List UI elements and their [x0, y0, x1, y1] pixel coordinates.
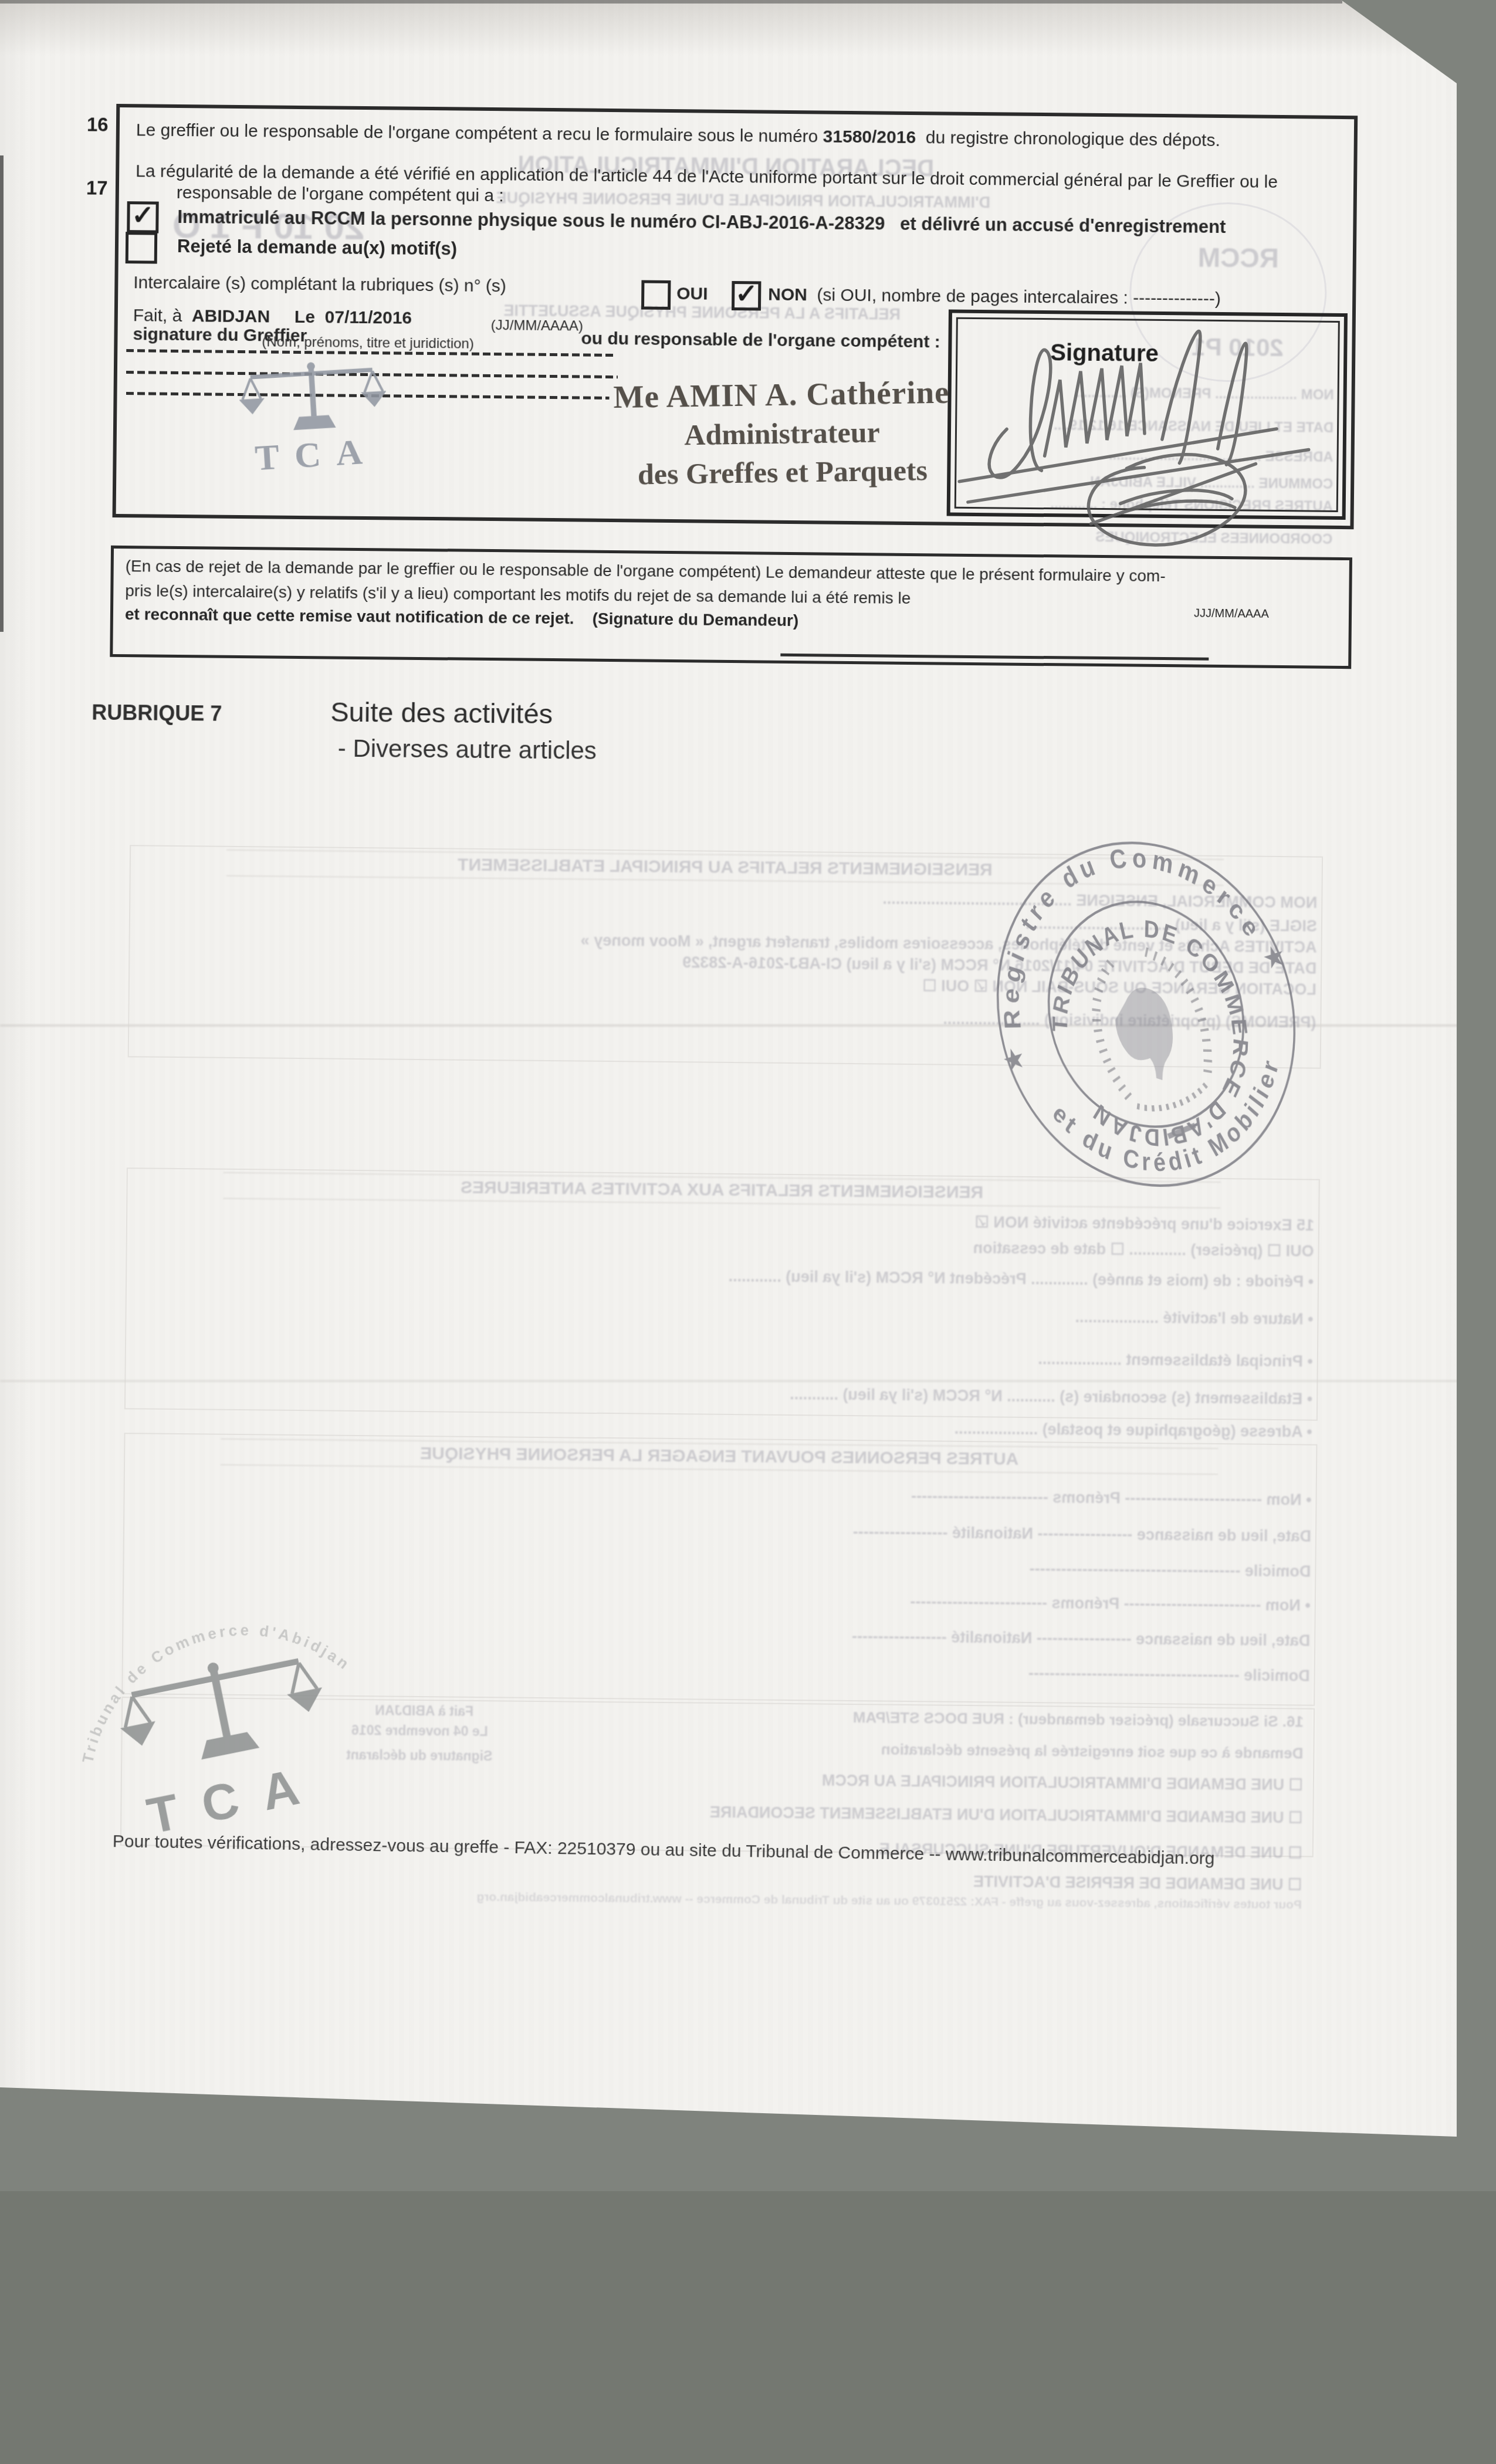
deposit-number: 31580/2016 [823, 127, 916, 147]
fait-label: Fait, à [133, 306, 182, 326]
reject-signature-line [780, 654, 1209, 661]
greffier-name: Me AMIN A. Cathérine [605, 373, 958, 415]
check-icon: ✓ [131, 201, 154, 228]
greffier-title2: des Greffes et Parquets [607, 452, 959, 492]
tca-stamp-small: TCA [222, 353, 405, 481]
immatricule-after: et délivré un accusé d'enregistrement [900, 214, 1226, 237]
round-stamp-outer-bottom-text: et du Crédit Mobilier [1044, 1033, 1307, 1209]
organe-competent-label: ou du responsable de l'organe compétent … [581, 329, 940, 353]
choice-rejete-label: Rejeté la demande au(x) motif(s) [177, 236, 457, 260]
item-17-number: 17 [86, 177, 108, 199]
non-suffix: (si OUI, nombre de pages intercalaires :… [817, 285, 1221, 309]
item-16-after: du registre chronologique des dépots. [926, 128, 1220, 150]
star-icon: ★ [1258, 938, 1289, 976]
reject-line1: (En cas de rejet de la demande par le gr… [126, 557, 1299, 587]
item-16-text: Le greffier ou le responsable de l'organ… [136, 120, 1339, 152]
item-16-number: 16 [87, 113, 109, 136]
checkbox-rejete[interactable] [126, 232, 158, 264]
rejection-notice-box: (En cas de rejet de la demande par le gr… [110, 546, 1352, 669]
check-icon: ✓ [735, 280, 758, 307]
tribunal-round-stamp: Registre du Commerce et du Crédit Mobili… [927, 801, 1377, 1251]
rubrique7-title: Suite des activités [330, 695, 553, 730]
intercalaire-label: Intercalaire (s) complétant la rubriques… [133, 273, 506, 296]
immatricule-before: Immatriculé au RCCM la personne physique… [177, 207, 697, 232]
reject-line3-sig: (Signature du Demandeur) [592, 610, 798, 629]
reject-date-format: JJJ/MM/AAAA [1194, 607, 1269, 621]
greffier-name-stamp: Me AMIN A. Cathérine Administrateur des … [605, 373, 959, 492]
fait-city: ABIDJAN [192, 306, 270, 326]
paper-sheet: DECLARATION D'IMMATRICULATION D'IMMATRIC… [0, 0, 1496, 2150]
checkbox-oui[interactable] [641, 280, 671, 310]
star-icon: ★ [999, 1040, 1030, 1078]
scanned-document: DECLARATION D'IMMATRICULATION D'IMMATRIC… [0, 0, 1496, 2464]
signature-greffier-hint: (Nom, prénoms, titre et juridiction) [262, 334, 474, 352]
scanner-background-lower [0, 2191, 1496, 2464]
date-format-hint: (JJ/MM/AAAA) [491, 317, 584, 335]
scales-of-justice-icon [237, 354, 388, 439]
fait-date: 07/11/2016 [324, 307, 412, 327]
oui-label: OUI [676, 284, 708, 304]
rubrique7-label: RUBRIQUE 7 [92, 700, 222, 726]
page-content: DECLARATION D'IMMATRICULATION D'IMMATRIC… [0, 0, 1496, 2161]
greffier-title1: Administrateur [606, 414, 959, 453]
svg-text:et du Crédit Mobilier: et du Crédit Mobilier [1044, 1033, 1307, 1209]
elephant-emblem-icon [1106, 981, 1188, 1089]
handwritten-signature [950, 309, 1351, 518]
fait-le: Le [295, 307, 315, 327]
checkbox-immatricule[interactable]: ✓ [127, 201, 159, 233]
rccm-number: CI-ABJ-2016-A-28329 [702, 212, 885, 234]
checkbox-non[interactable]: ✓ [732, 281, 761, 310]
non-word: NON [768, 285, 807, 305]
reject-line3-main: et reconnaît que cette remise vaut notif… [125, 605, 574, 627]
item-16-before: Le greffier ou le responsable de l'organ… [136, 120, 818, 146]
non-label: NON (si OUI, nombre de pages intercalair… [768, 285, 1343, 310]
tca-stamp-letters-large: TCA [143, 1754, 328, 1844]
rubrique7-subtitle: - Diverses autre articles [338, 735, 597, 765]
